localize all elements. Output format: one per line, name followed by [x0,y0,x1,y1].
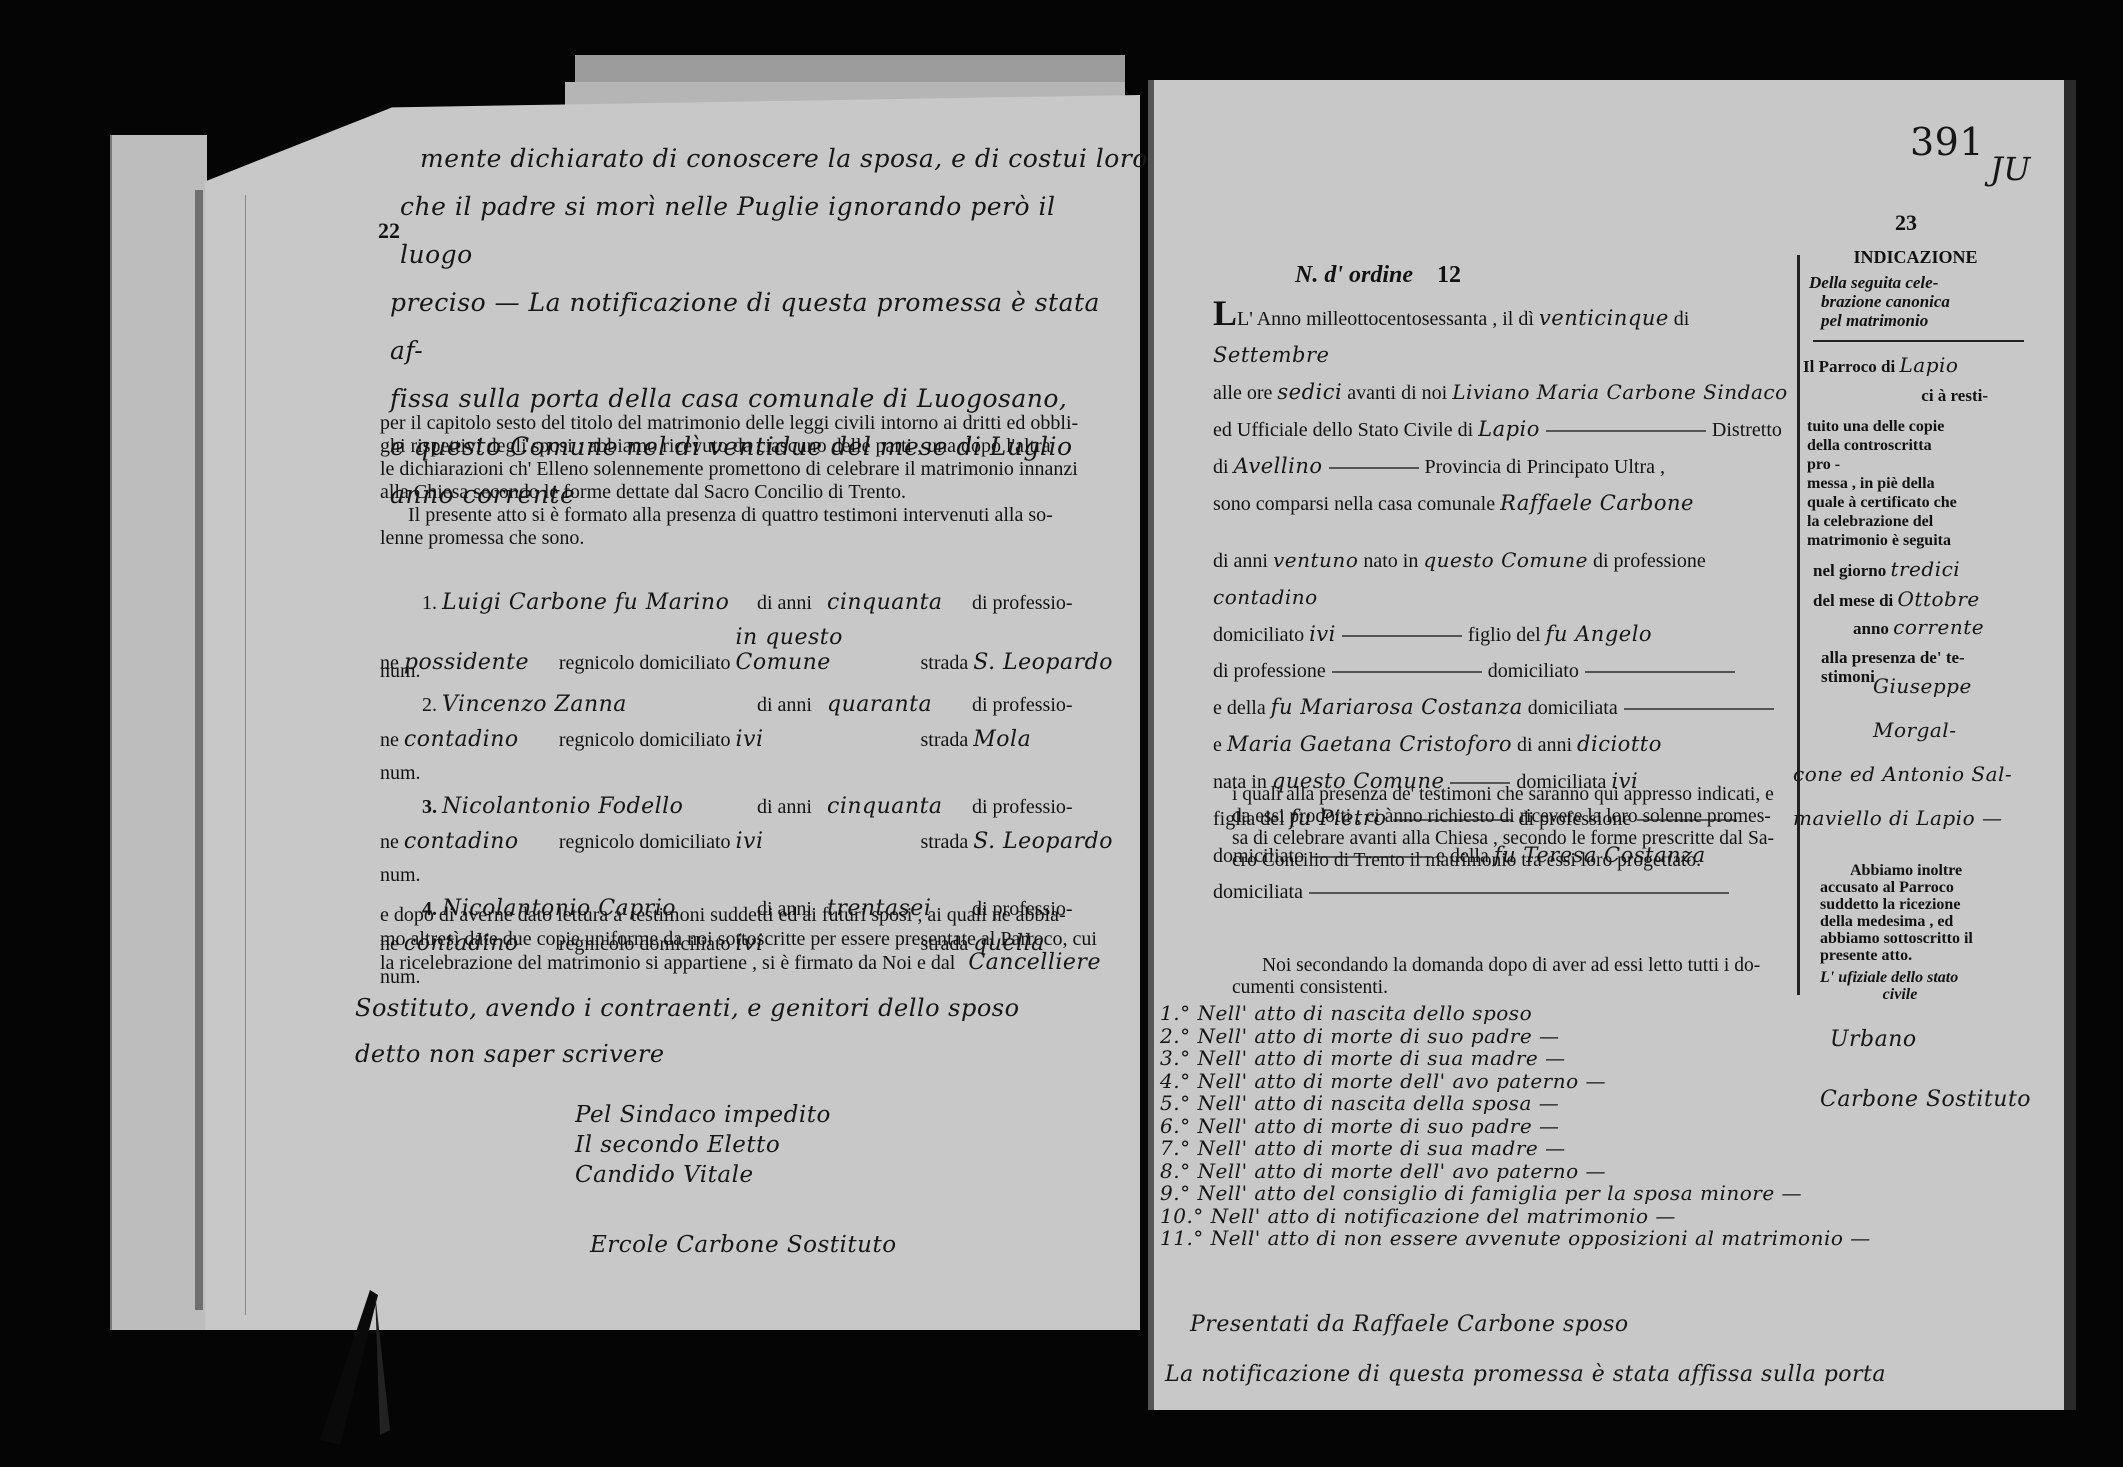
printed-line: alla Chiesa secondo le forme dettate dal… [380,481,1120,504]
order-label: N. d' ordine [1295,262,1413,288]
document-item: 9.° Nell' atto del consiglio di famiglia… [1160,1182,1871,1205]
form-label: domiciliato [1488,660,1579,682]
body-line: la celebrazione del [1807,512,1957,531]
form-label: figlio del [1468,624,1541,646]
abbiamo-line: suddetto la ricezione [1820,896,1980,913]
witness-name: Luigi Carbone fu Marino [442,590,752,615]
indicazione-title: INDICAZIONE [1803,248,2028,267]
document-item: 11.° Nell' atto di non essere avvenute o… [1160,1227,1871,1250]
form-label: di [1674,308,1690,330]
label: regnicolo domiciliato [559,831,731,853]
form-value: venticinque [1539,306,1669,330]
subtitle-line: brazione canonica [1809,292,2028,311]
form-value: diciotto [1577,732,1662,756]
indicazione-body: tuito una delle copie della controscritt… [1803,417,1957,550]
form-value: questo Comune [1423,548,1588,572]
label: di anni [757,796,812,818]
label: di professio- [972,694,1073,716]
archive-number: 391 [1910,120,1984,164]
label: di anni [757,592,812,614]
signature-block-right: Urbano Carbone Sostituto [1830,1010,2031,1130]
witness-name: Nicolantonio Fodello [442,794,752,819]
subtitle-line: pel matrimonio [1809,311,2028,330]
documents-list: 1.° Nell' atto di nascita dello sposo 2.… [1160,1002,1871,1250]
document-item: 7.° Nell' atto di morte di sua madre — [1160,1137,1871,1160]
body-line: quale à certificato che [1807,493,1957,512]
form-label: di [1213,456,1229,478]
mese-label: del mese di [1813,591,1893,610]
abbiamo-line: abbiamo sottoscritto il [1820,930,1980,947]
printed-line: lenne promessa che sono. [380,527,1120,550]
witness-row-2: ne possidente regnicolo domiciliato in q… [380,625,1120,660]
form-value: ivi [1309,622,1336,646]
form-label: alle ore [1213,382,1272,404]
handwritten-line: mente dichiarato di conoscere la sposa, … [420,135,1120,183]
signature-block-left: Pel Sindaco impedito Il secondo Eletto C… [575,1100,897,1260]
handwritten-inline: Cancelliere [968,950,1101,975]
parroco-label: Il Parroco di [1803,357,1895,376]
form-value: Liviano Maria Carbone Sindaco [1452,380,1787,404]
witness-street: S. Leopardo [973,829,1113,854]
documents-footer: Presentati da Raffaele Carbone sposo La … [1190,1300,1886,1400]
witness-row: 1. Luigi Carbone fu Marino di anni cinqu… [380,590,1120,625]
closing-paragraph: e dopo di averne dato lettura a' testimo… [380,903,1120,975]
witness-profession: possidente [404,650,554,675]
label: ne [380,729,399,751]
label: strada [921,831,969,853]
label: di anni [757,694,812,716]
giorno-value: tredici [1890,557,1960,581]
form-value: Lapio [1478,417,1540,441]
printed-line: e dopo di averne dato lettura a' testimo… [380,903,1120,927]
abbiamo-line: Abbiamo inoltre [1820,862,1980,879]
handwritten-line: preciso — La notificazione di questa pro… [390,279,1120,375]
witness-domicile: ivi [736,727,916,752]
closing-handwritten: Sostituto, avendo i contraenti, e genito… [355,985,1020,1077]
signature: Pel Sindaco impedito [575,1100,897,1130]
testimoni-line: Giuseppe Morgal- [1873,664,2028,752]
form-value: Maria Gaetana Cristoforo [1227,732,1512,756]
page-number-left: 22 [378,218,400,244]
form-label: Provincia di Principato Ultra , [1425,456,1666,478]
form-label: domiciliata [1528,697,1618,719]
label: strada [921,729,969,751]
witness-profession: contadino [404,829,554,854]
form-value: Raffaele Carbone [1500,491,1694,515]
document-item: 6.° Nell' atto di morte di suo padre — [1160,1115,1871,1138]
signature: Urbano [1830,1010,2031,1070]
form-label: di professione [1213,660,1326,682]
order-heading: N. d' ordine 12 [1295,262,1461,289]
witness-street: S. Leopardo [973,650,1113,675]
drop-cap: L [1213,293,1237,333]
form-value: sedici [1277,380,1342,404]
body-line: matrimonio è seguita [1807,531,1957,550]
witness-row: 2. Vincenzo Zanna di anni quaranta di pr… [380,692,1120,727]
printed-line: da essi prodotti , ci ànno richiesto di … [1232,806,1792,828]
parroco-value: Lapio [1899,353,1958,377]
abbiamo-block: Abbiamo inoltre accusato al Parroco sudd… [1820,862,1980,1003]
witness-row: 3. Nicolantonio Fodello di anni cinquant… [380,794,1120,829]
label: regnicolo domiciliato [559,729,731,751]
witness-domicile: in questo Comune [736,625,916,675]
form-label: e [1213,734,1222,756]
witness-age: cinquanta [827,590,967,615]
witness-age: cinquanta [827,794,967,819]
label: regnicolo domiciliato [559,652,731,674]
printed-line: i quali alla presenza de' testimoni che … [1232,784,1792,806]
body-line: tuito una delle copie [1807,417,1957,436]
witness-name: Vincenzo Zanna [442,692,752,717]
body-line: della controscritta pro - [1807,436,1957,474]
form-label: di professione [1593,550,1706,572]
label: ne [380,831,399,853]
abbiamo-line: accusato al Parroco [1820,879,1980,896]
form-label: e della [1213,697,1266,719]
form-value: contadino [1213,585,1318,609]
testimoni-line: cone ed Antonio Sal- [1793,752,2028,796]
form-label: domiciliato [1213,624,1304,646]
testimoni-value-cont: cone ed Antonio Sal- maviello di Lapio — [1793,752,2028,840]
indicazione-subtitle: Della seguita cele- brazione canonica pe… [1803,273,2028,330]
document-item: 1.° Nell' atto di nascita dello sposo [1160,1002,1871,1025]
form-label: domiciliata [1213,881,1303,903]
witness-row-2: ne contadino regnicolo domiciliato ivi s… [380,727,1120,762]
document-item: 5.° Nell' atto di nascita della sposa — [1160,1092,1871,1115]
document-item: 3.° Nell' atto di morte di sua madre — [1160,1047,1871,1070]
document-item: 2.° Nell' atto di morte di suo padre — [1160,1025,1871,1048]
form-value: fu Angelo [1546,622,1652,646]
label: strada [921,652,969,674]
handwritten-line: che il padre si morì nelle Puglie ignora… [400,183,1120,279]
document-item: 10.° Nell' atto di notificazione del mat… [1160,1205,1871,1228]
printed-line: Il presente atto si è formato alla prese… [408,504,1120,527]
label: di professio- [972,592,1073,614]
indicazione-column: INDICAZIONE Della seguita cele- brazione… [1803,248,2028,840]
abbiamo-line: della medesima , ed [1820,913,1980,930]
form-label: ed Ufficiale dello Stato Civile di [1213,419,1473,441]
witness-number: 2. [422,694,437,716]
printed-line: cro Concilio di Trento il matrimonio tra… [1232,850,1792,872]
printed-line: per il capitolo sesto del titolo del mat… [380,412,1120,435]
witness-age: quaranta [827,692,967,717]
printed-line: la ricelebrazione del matrimonio si appa… [380,952,955,974]
left-margin-rule [245,195,246,1315]
testimoni-line: maviello di Lapio — [1793,796,2028,840]
form-label: di anni [1213,550,1268,572]
witness-number: 1. [422,592,437,614]
signature: Carbone Sostituto [1820,1070,2031,1130]
form-label: L' Anno milleottocentosessanta , il dì [1237,308,1534,330]
signature: Il secondo Eletto [575,1130,897,1160]
left-page-edge [110,135,207,1330]
handwritten-line: detto non saper scrivere [355,1031,1020,1077]
handwritten-line: Presentati da Raffaele Carbone sposo [1190,1300,1886,1350]
witness-row-2: ne contadino regnicolo domiciliato ivi s… [380,829,1120,864]
label: num. [380,762,1120,794]
witness-profession: contadino [404,727,554,752]
printed-paragraph-right: i quali alla presenza de' testimoni che … [1232,784,1792,872]
form-label: di anni [1517,734,1572,756]
subtitle-line: Della seguita cele- [1809,273,2028,292]
printed-line: sa di celebrare avanti alla Chiesa , sec… [1232,828,1792,850]
printed-line: Noi secondando la domanda dopo di aver a… [1262,955,1792,977]
printed-line: le dichiarazioni ch' Elleno solennemente… [380,458,1120,481]
signature: Ercole Carbone Sostituto [590,1230,897,1260]
column-divider [1797,255,1800,995]
form-value: Avellino [1234,454,1323,478]
document-item: 8.° Nell' atto di morte dell' avo patern… [1160,1160,1871,1183]
resti-line: ci à resti- [1803,386,2028,405]
printed-line: cumenti consistenti. [1232,977,1792,999]
anno-label: anno [1853,619,1889,638]
handwritten-line: La notificazione di questa promessa è st… [1165,1350,1886,1400]
printed-line: mo altresì date due copie uniforme da no… [380,927,1120,951]
form-label: Distretto [1712,419,1782,441]
page-number-right: 23 [1895,210,1917,236]
anno-value: corrente [1893,615,1984,639]
abbiamo-line: presente atto. [1820,947,1980,964]
printed-paragraph-left: per il capitolo sesto del titolo del mat… [380,412,1120,550]
document-item: 4.° Nell' atto di morte dell' avo patern… [1160,1070,1871,1093]
label: di professio- [972,796,1073,818]
mese-value: Ottobre [1898,587,1980,611]
signature: Candido Vitale [575,1160,897,1190]
bookmark-ribbon-icon [300,1270,420,1460]
form-label: sono comparsi nella casa comunale [1213,493,1495,515]
printed-line: ghi rispettivi degli sposi ; abbiamo ric… [380,435,1120,458]
witness-street: Mola [973,727,1031,752]
witness-number: 3. [422,796,437,818]
corner-mark: JU [1990,150,2031,188]
form-value: ventuno [1273,548,1358,572]
binding-strip [195,190,203,1310]
giorno-label: nel giorno [1813,561,1886,580]
form-label: avanti di noi [1347,382,1447,404]
ufficiale-line: L' ufiziale dello stato [1820,969,1980,986]
documents-intro: Noi secondando la domanda dopo di aver a… [1232,955,1792,999]
label: num. [380,864,1120,896]
handwritten-line: Sostituto, avendo i contraenti, e genito… [355,985,1020,1031]
body-line: messa , in piè della [1807,474,1957,493]
form-label: nato in [1363,550,1418,572]
ufficiale-line: civile [1820,986,1980,1003]
witness-domicile: ivi [736,829,916,854]
order-number: 12 [1437,262,1461,288]
form-value: Settembre [1213,343,1329,367]
form-value: fu Mariarosa Costanza [1271,695,1523,719]
